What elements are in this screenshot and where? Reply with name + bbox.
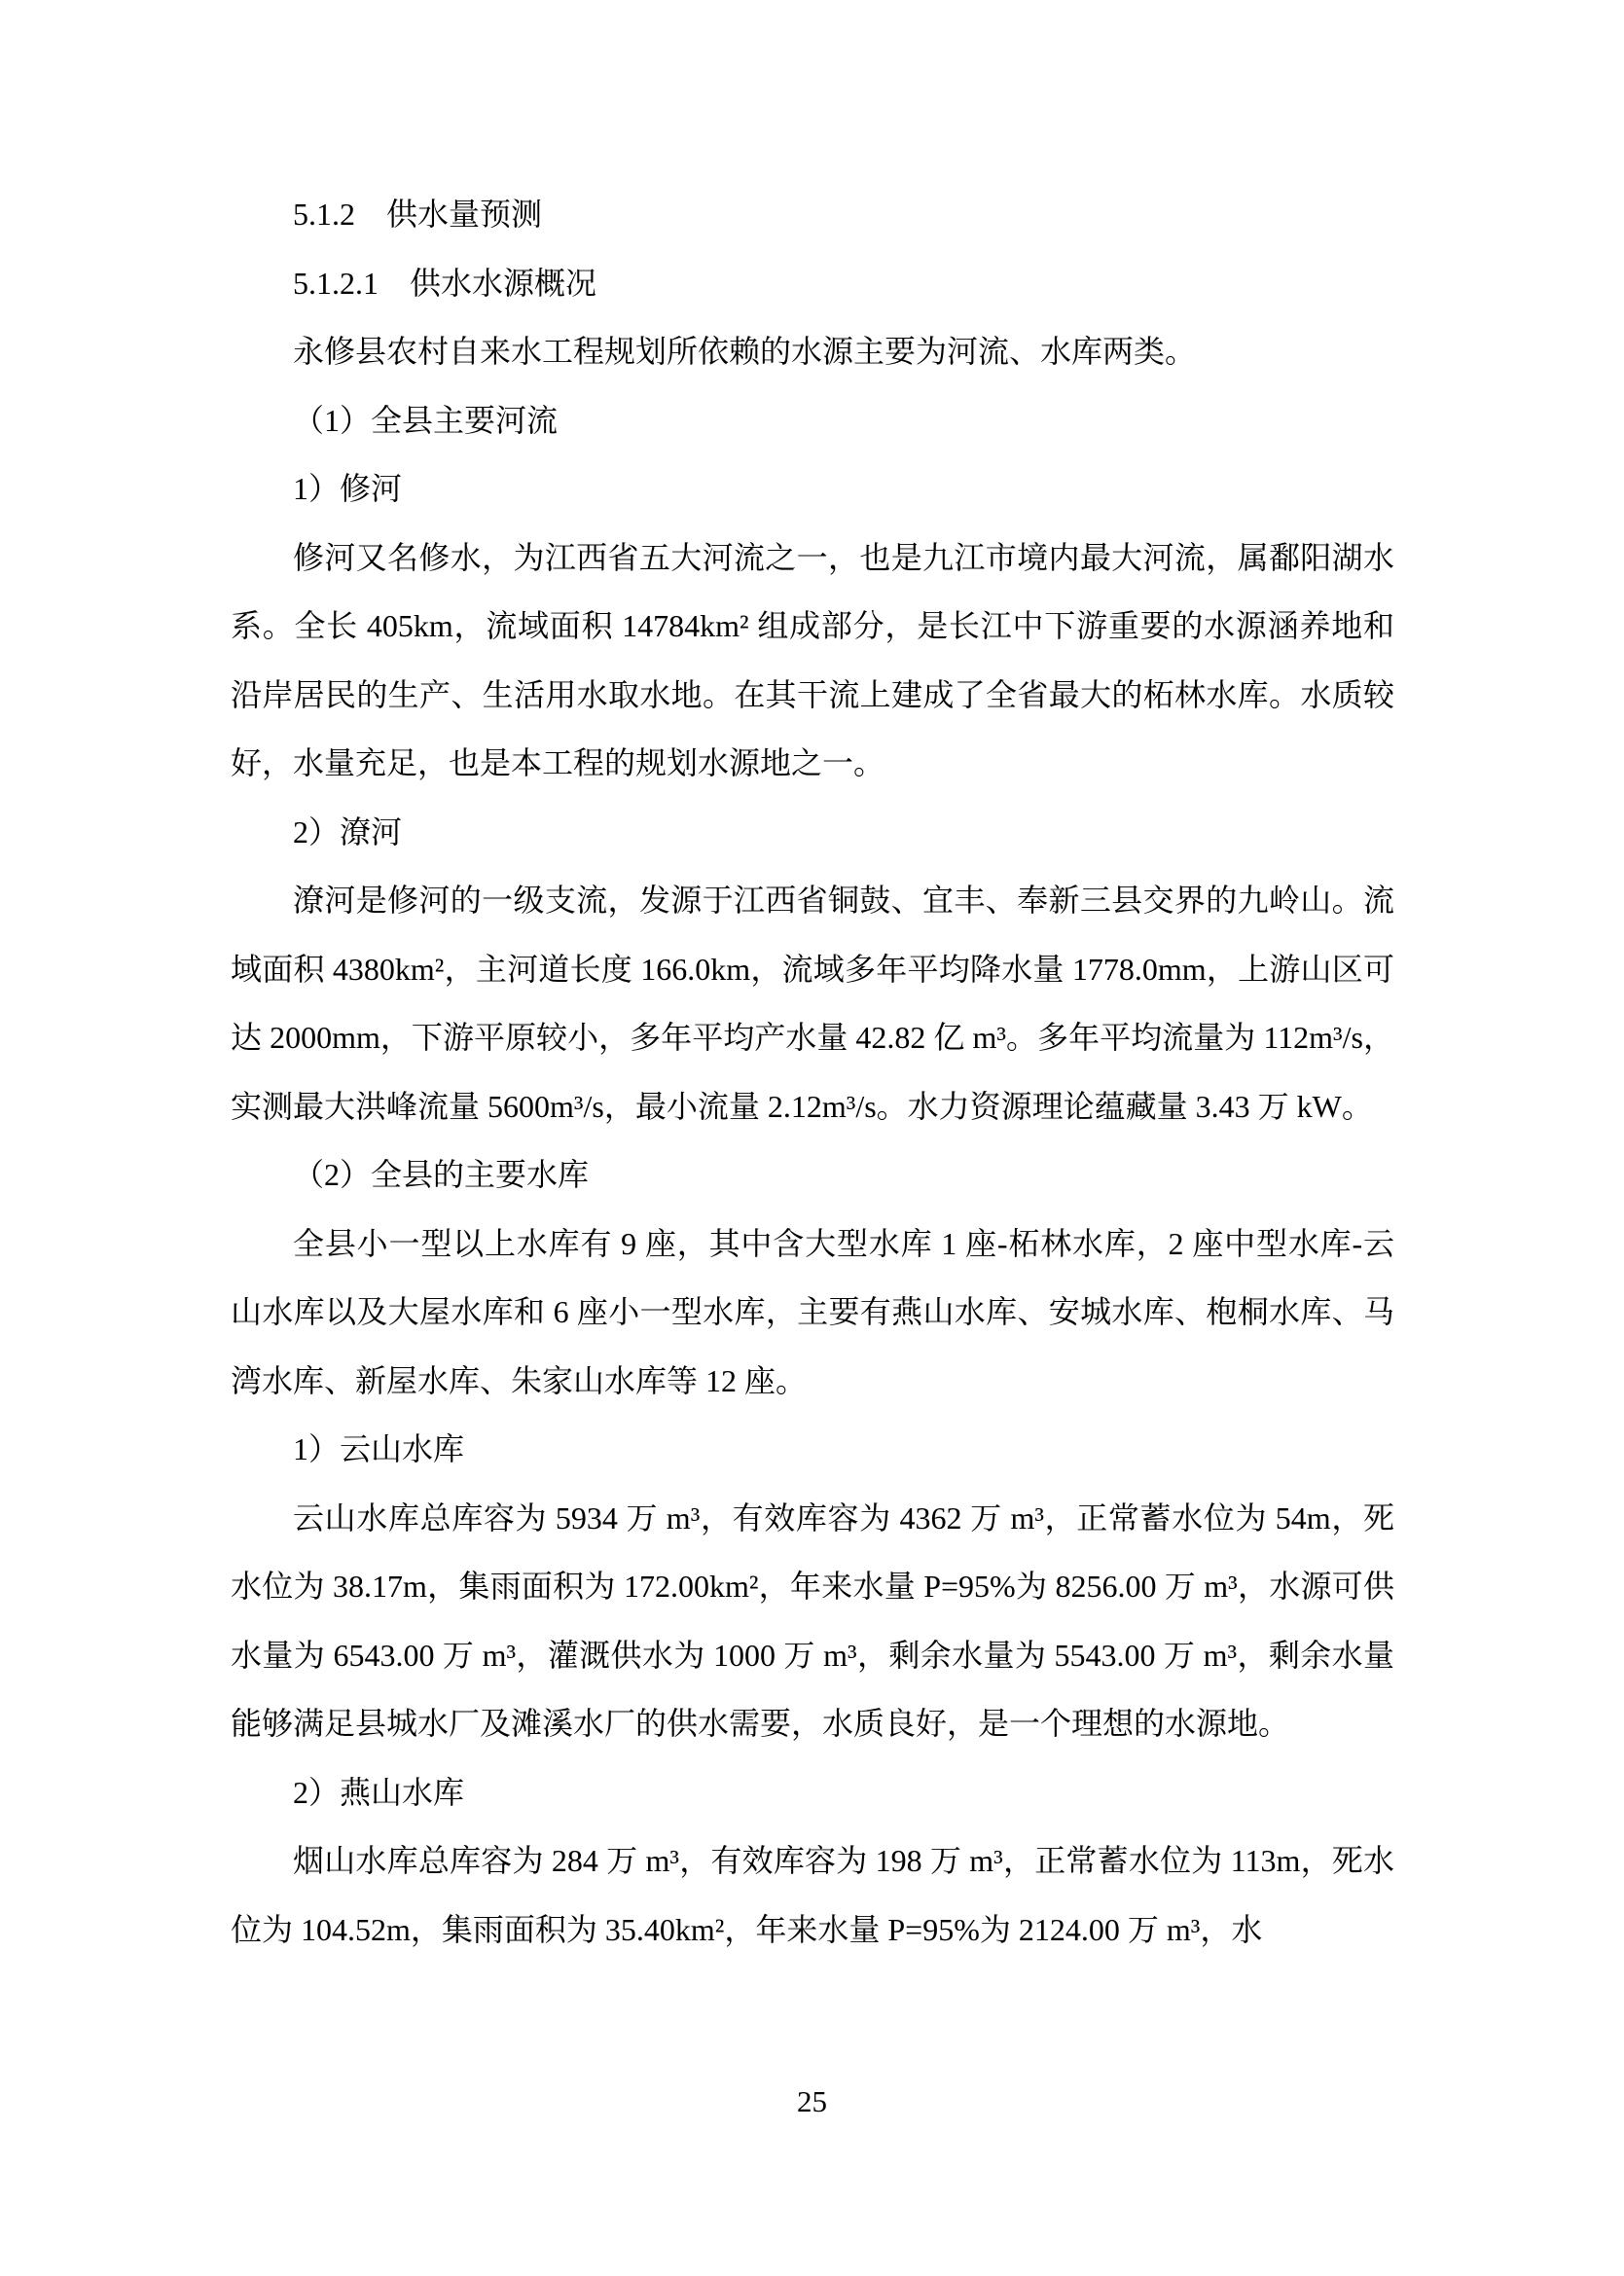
subheading-yanshan-reservoir: 2）燕山水库: [231, 1758, 1394, 1827]
para-water-source-intro: 永修县农村自来水工程规划所依赖的水源主要为河流、水库两类。: [231, 317, 1394, 386]
para-yunshan-reservoir: 云山水库总库容为 5934 万 m³，有效库容为 4362 万 m³，正常蓄水位…: [231, 1484, 1394, 1758]
subheading-main-rivers: （1）全县主要河流: [231, 386, 1394, 455]
para-xiuhe-river: 修河又名修水，为江西省五大河流之一，也是九江市境内最大河流，属鄱阳湖水系。全长 …: [231, 524, 1394, 798]
heading-supply-forecast: 5.1.2 供水量预测: [231, 180, 1394, 249]
subheading-yunshan-reservoir: 1）云山水库: [231, 1415, 1394, 1484]
page-number: 25: [0, 2084, 1624, 2119]
document-body: 5.1.2 供水量预测 5.1.2.1 供水水源概况 永修县农村自来水工程规划所…: [231, 180, 1394, 1964]
para-yanshan-reservoir: 烟山水库总库容为 284 万 m³，有效库容为 198 万 m³，正常蓄水位为 …: [231, 1826, 1394, 1964]
subheading-xiuhe-river: 1）修河: [231, 454, 1394, 524]
document-page: 5.1.2 供水量预测 5.1.2.1 供水水源概况 永修县农村自来水工程规划所…: [0, 0, 1624, 2276]
subheading-main-reservoirs: （2）全县的主要水库: [231, 1140, 1394, 1210]
para-reservoirs-overview: 全县小一型以上水库有 9 座，其中含大型水库 1 座-柘林水库，2 座中型水库-…: [231, 1210, 1394, 1416]
para-liaohe-river: 潦河是修河的一级支流，发源于江西省铜鼓、宜丰、奉新三县交界的九岭山。流域面积 4…: [231, 866, 1394, 1140]
subheading-liaohe-river: 2）潦河: [231, 798, 1394, 867]
heading-water-source-overview: 5.1.2.1 供水水源概况: [231, 249, 1394, 318]
